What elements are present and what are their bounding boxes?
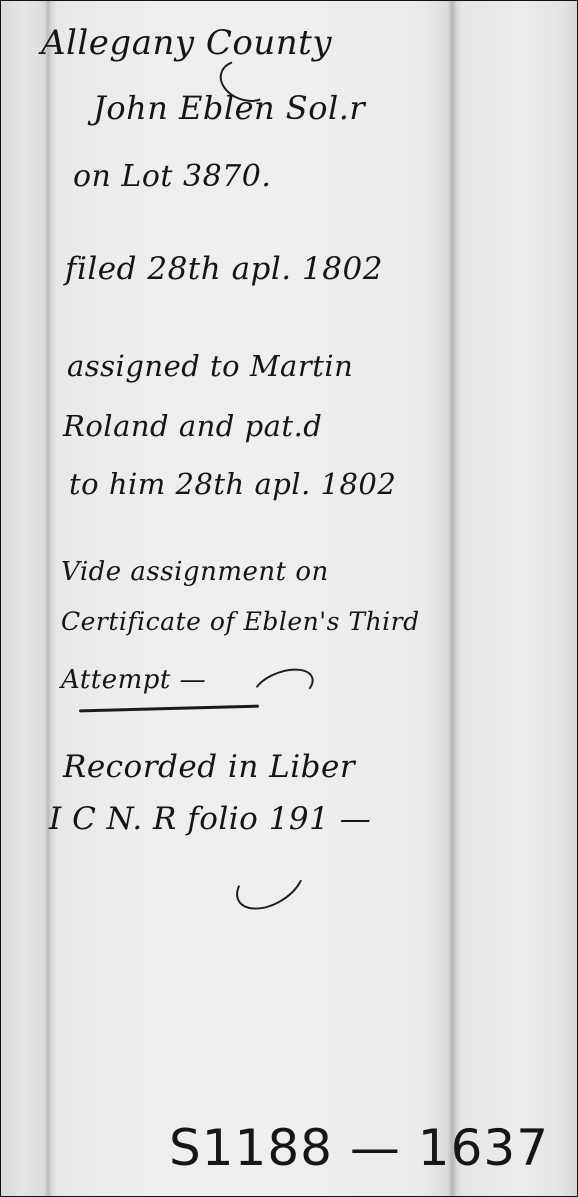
claimant-line: John Eblen Sol.r (93, 89, 577, 127)
document-scan: Allegany County John Eblen Sol.r on Lot … (0, 0, 578, 1197)
vide-line-1: Vide assignment on (61, 557, 577, 587)
flourish-mark (227, 845, 313, 920)
underline-flourish (79, 705, 259, 713)
recorded-line-2: I C N. R folio 191 — (49, 801, 577, 837)
county-heading: Allegany County (41, 23, 577, 63)
lot-number-line: on Lot 3870. (73, 159, 577, 194)
vide-line-3: Attempt — (61, 665, 577, 695)
catalog-number: S1188 — 1637 (169, 1119, 549, 1177)
assignment-line-2: Roland and pat.d (63, 409, 577, 443)
paper-fold-left (45, 1, 51, 1196)
vide-line-2: Certificate of Eblen's Third (61, 607, 577, 636)
assignment-line-3: to him 28th apl. 1802 (69, 467, 577, 501)
assignment-line-1: assigned to Martin (67, 349, 577, 383)
recorded-line-1: Recorded in Liber (63, 749, 577, 785)
filed-date-line: filed 28th apl. 1802 (65, 251, 577, 287)
